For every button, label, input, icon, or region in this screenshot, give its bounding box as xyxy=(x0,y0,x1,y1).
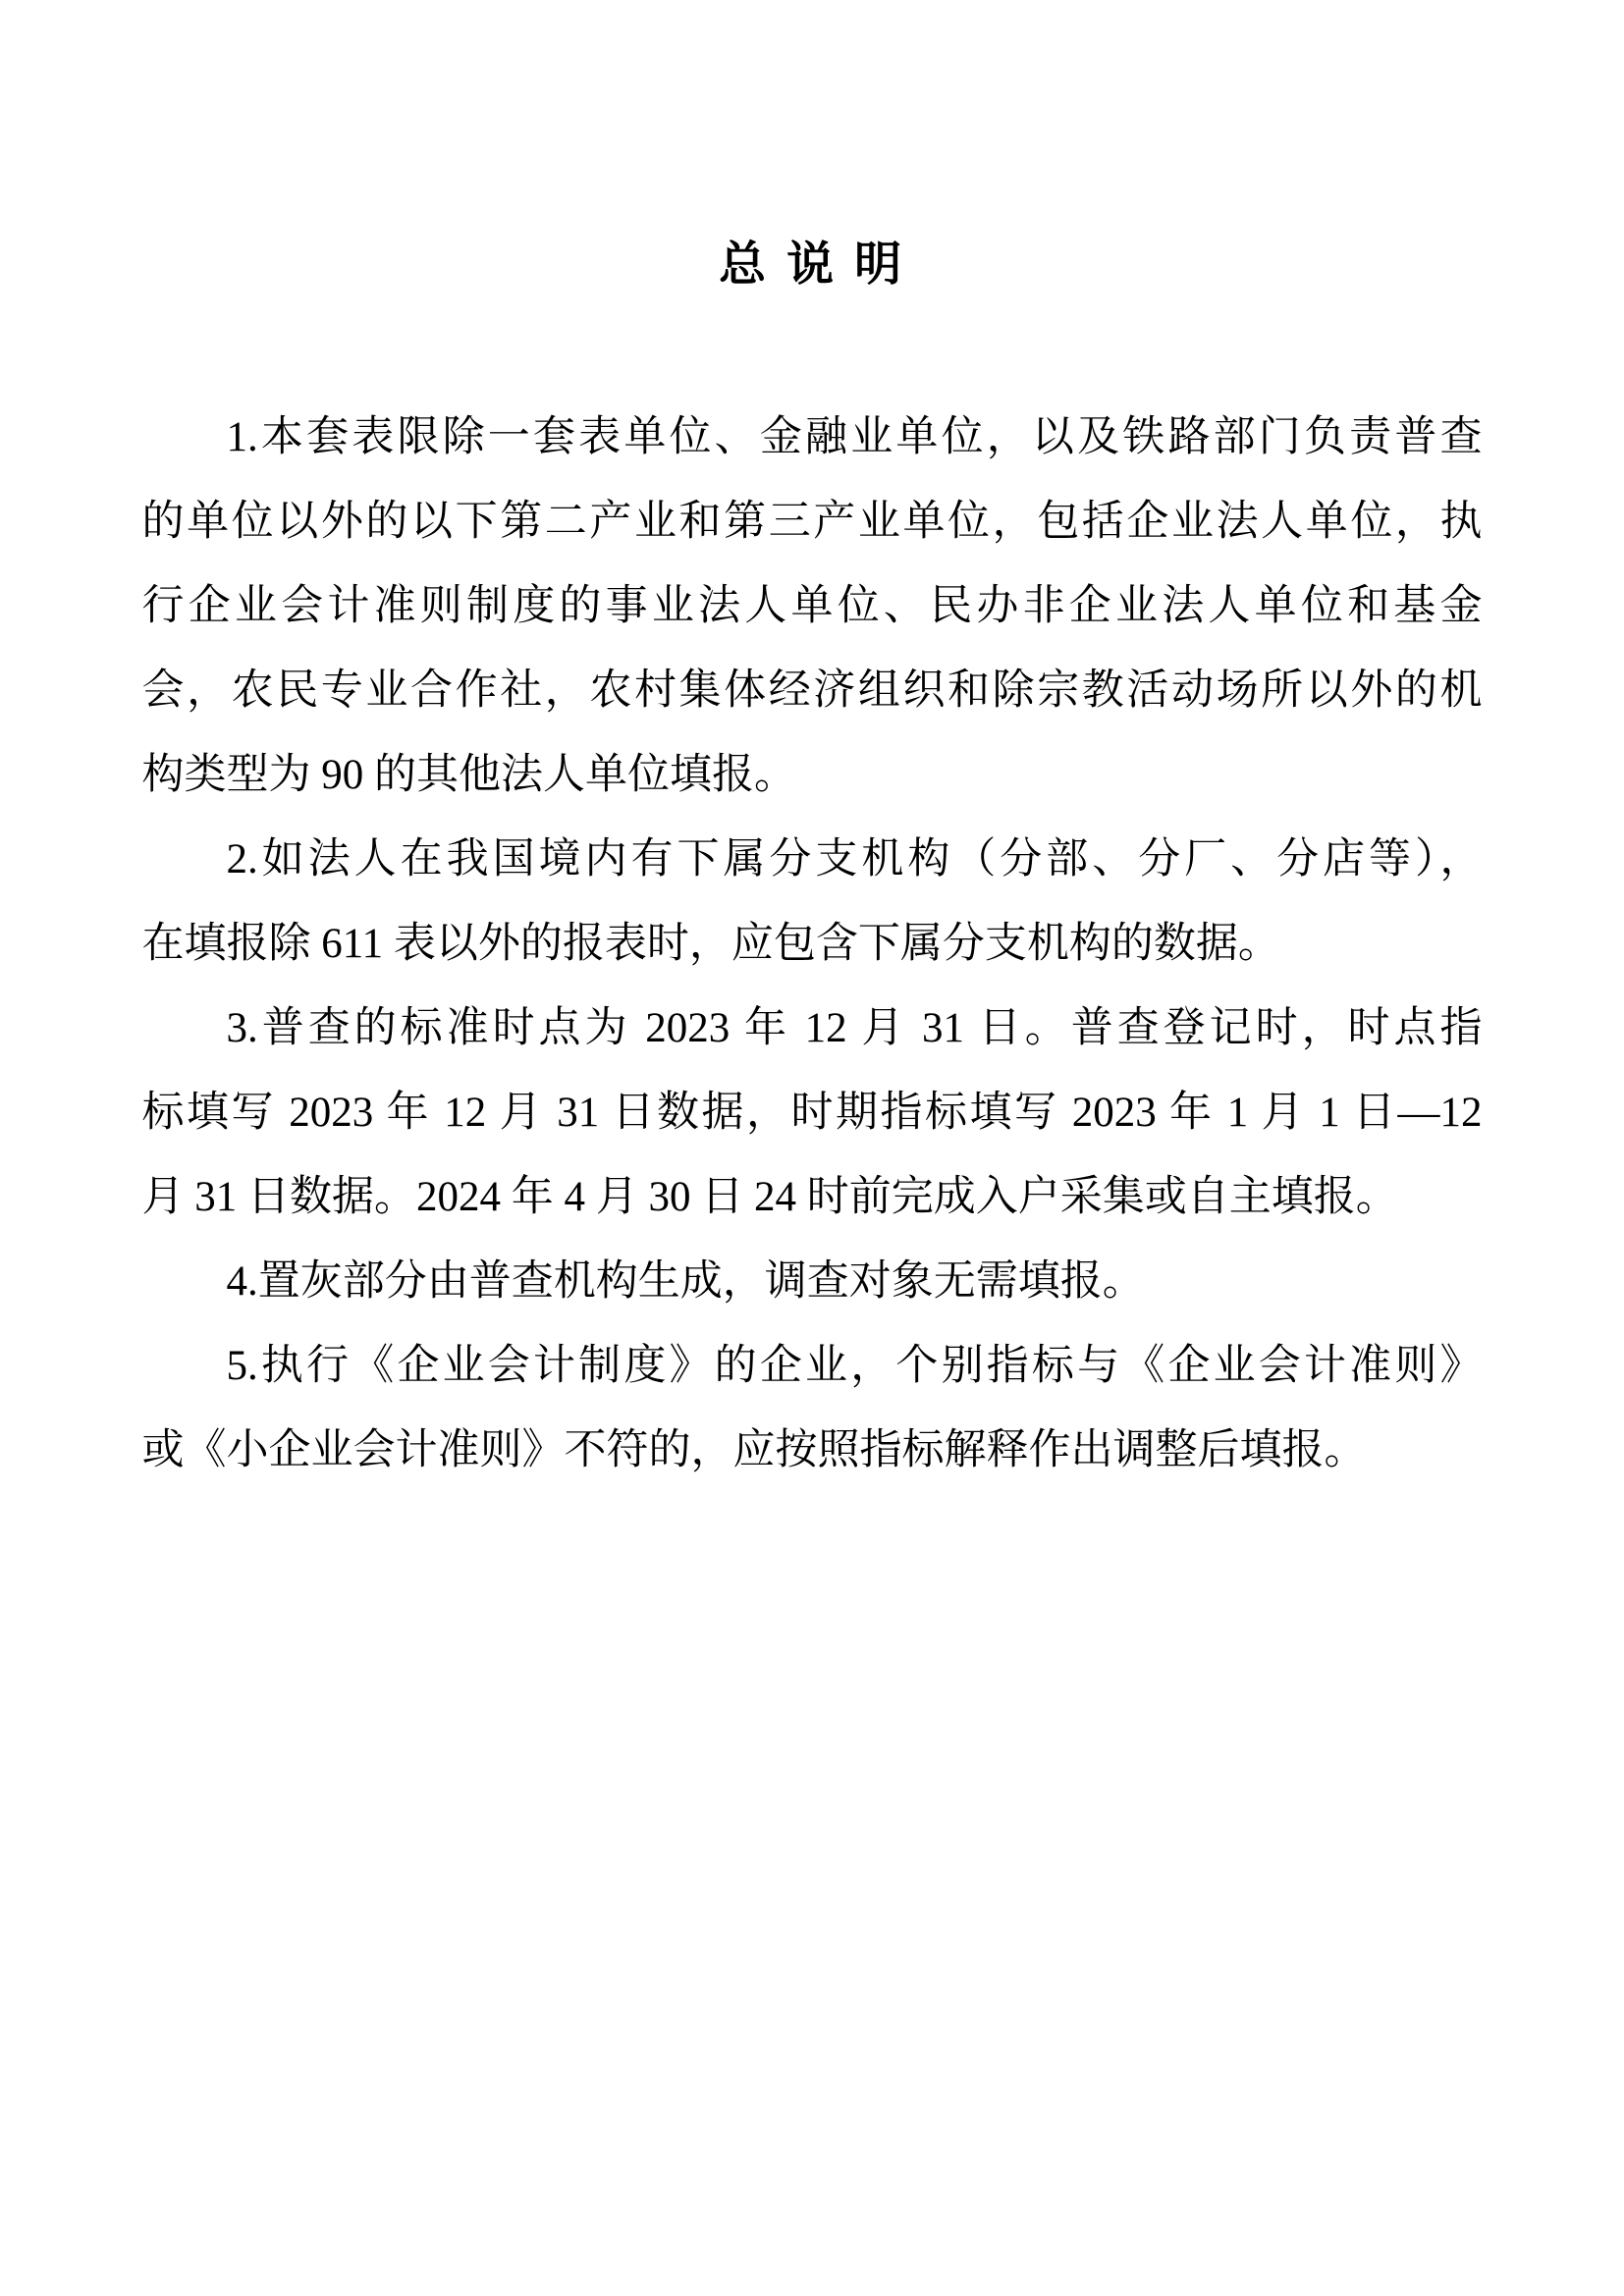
text-line: 月 31 日数据。2024 年 4 月 30 日 24 时前完成入户采集或自主填… xyxy=(142,1155,1483,1240)
page-title: 总 说 明 xyxy=(0,0,1624,294)
paragraph: 2.如法人在我国境内有下属分支机构（分部、分厂、分店等），在填报除 611 表以… xyxy=(142,818,1483,987)
text-line: 1.本套表限除一套表单位、金融业单位，以及铁路部门负责普查 xyxy=(142,396,1483,480)
text-line: 行企业会计准则制度的事业法人单位、民办非企业法人单位和基金 xyxy=(142,564,1483,649)
paragraph: 4.置灰部分由普查机构生成，调查对象无需填报。 xyxy=(142,1240,1483,1324)
document-body: 1.本套表限除一套表单位、金融业单位，以及铁路部门负责普查的单位以外的以下第二产… xyxy=(142,396,1483,1493)
text-line: 2.如法人在我国境内有下属分支机构（分部、分厂、分店等）， xyxy=(142,818,1483,902)
document-page: 总 说 明 1.本套表限除一套表单位、金融业单位，以及铁路部门负责普查的单位以外… xyxy=(0,0,1624,2296)
paragraph: 3.普查的标准时点为 2023 年 12 月 31 日。普查登记时，时点指标填写… xyxy=(142,987,1483,1240)
text-line: 构类型为 90 的其他法人单位填报。 xyxy=(142,733,1483,818)
text-line: 标填写 2023 年 12 月 31 日数据，时期指标填写 2023 年 1 月… xyxy=(142,1071,1483,1155)
paragraph: 1.本套表限除一套表单位、金融业单位，以及铁路部门负责普查的单位以外的以下第二产… xyxy=(142,396,1483,818)
text-line: 在填报除 611 表以外的报表时，应包含下属分支机构的数据。 xyxy=(142,902,1483,987)
text-line: 的单位以外的以下第二产业和第三产业单位，包括企业法人单位，执 xyxy=(142,480,1483,564)
text-line: 3.普查的标准时点为 2023 年 12 月 31 日。普查登记时，时点指 xyxy=(142,987,1483,1071)
text-line: 5.执行《企业会计制度》的企业，个别指标与《企业会计准则》 xyxy=(142,1324,1483,1409)
paragraph: 5.执行《企业会计制度》的企业，个别指标与《企业会计准则》或《小企业会计准则》不… xyxy=(142,1324,1483,1493)
text-line: 或《小企业会计准则》不符的，应按照指标解释作出调整后填报。 xyxy=(142,1409,1483,1493)
text-line: 会，农民专业合作社，农村集体经济组织和除宗教活动场所以外的机 xyxy=(142,649,1483,733)
text-line: 4.置灰部分由普查机构生成，调查对象无需填报。 xyxy=(142,1240,1483,1324)
